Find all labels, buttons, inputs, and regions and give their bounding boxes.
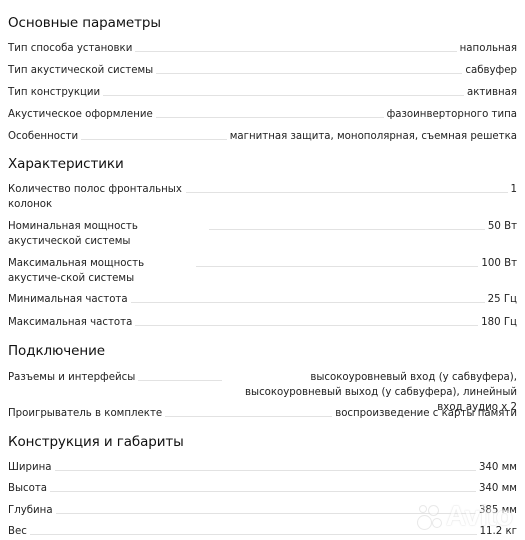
leader-line	[55, 460, 476, 471]
spec-label: Особенности	[8, 129, 78, 144]
section-construction-dimensions: Конструкция и габариты	[8, 433, 517, 451]
spec-value: напольная	[460, 41, 517, 56]
leader-line	[135, 315, 478, 326]
spec-label: Тип конструкции	[8, 85, 100, 100]
spec-label: Проигрыватель в комплекте	[8, 406, 162, 421]
spec-label: Тип способа установки	[8, 41, 132, 56]
spec-label: Максимальная частота	[8, 315, 132, 330]
spec-row-features: Особенности магнитная защита, монополярн…	[8, 129, 517, 144]
spec-row-depth: Глубина 385 мм	[8, 503, 517, 518]
spec-row-band-count: Количество полос фронтальных колонок 1	[8, 182, 517, 212]
spec-row-width: Ширина 340 мм	[8, 460, 517, 475]
spec-value: 340 мм	[479, 481, 517, 496]
spec-value: 11.2 кг	[480, 524, 517, 539]
spec-row-min-frequency: Минимальная частота 25 Гц	[8, 292, 517, 307]
leader-line	[131, 292, 485, 303]
spec-value: 1	[511, 182, 517, 197]
spec-label: Вес	[8, 524, 27, 539]
spec-value: активная	[467, 85, 517, 100]
leader-line	[186, 182, 508, 193]
section-connection: Подключение	[8, 342, 517, 360]
spec-label: Номинальная мощность акустической систем…	[8, 219, 206, 249]
spec-value: 25 Гц	[488, 292, 517, 307]
leader-line	[30, 524, 477, 535]
spec-label: Акустическое оформление	[8, 107, 153, 122]
leader-line	[196, 256, 478, 267]
section-title: Характеристики	[8, 155, 517, 173]
leader-line	[165, 406, 332, 417]
spec-row-acoustic-design: Акустическое оформление фазоинверторного…	[8, 107, 517, 122]
spec-value: магнитная защита, монополярная, съемная …	[230, 129, 517, 144]
spec-label: Максимальная мощность акустиче-ской сист…	[8, 256, 193, 286]
section-title: Основные параметры	[8, 14, 517, 32]
spec-row-construction-type: Тип конструкции активная	[8, 85, 517, 100]
leader-line	[56, 503, 476, 514]
leader-line	[156, 63, 462, 74]
spec-value: 340 мм	[479, 460, 517, 475]
leader-line	[209, 219, 485, 230]
spec-label: Высота	[8, 481, 47, 496]
section-title: Подключение	[8, 342, 517, 360]
spec-row-max-frequency: Максимальная частота 180 Гц	[8, 315, 517, 330]
leader-line	[135, 41, 456, 52]
leader-line	[81, 129, 227, 140]
spec-value: 180 Гц	[481, 315, 517, 330]
spec-value: 100 Вт	[481, 256, 517, 271]
spec-label: Разъемы и интерфейсы	[8, 370, 135, 385]
leader-line	[50, 481, 476, 492]
spec-row-weight: Вес 11.2 кг	[8, 524, 517, 539]
spec-row-speaker-type: Тип акустической системы сабвуфер	[8, 63, 517, 78]
spec-row-player: Проигрыватель в комплекте воспроизведени…	[8, 406, 517, 421]
spec-value: сабвуфер	[465, 63, 517, 78]
spec-label: Ширина	[8, 460, 52, 475]
section-characteristics: Характеристики	[8, 155, 517, 173]
spec-row-max-power: Максимальная мощность акустиче-ской сист…	[8, 256, 517, 286]
leader-line	[138, 370, 222, 381]
spec-row-nominal-power: Номинальная мощность акустической систем…	[8, 219, 517, 249]
section-main-parameters: Основные параметры	[8, 14, 517, 32]
spec-value: 50 Вт	[488, 219, 517, 234]
spec-label: Количество полос фронтальных колонок	[8, 182, 183, 212]
spec-row-install-type: Тип способа установки напольная	[8, 41, 517, 56]
spec-label: Глубина	[8, 503, 53, 518]
spec-row-height: Высота 340 мм	[8, 481, 517, 496]
spec-value: 385 мм	[479, 503, 517, 518]
spec-value: воспроизведение с карты памяти	[335, 406, 517, 421]
spec-label: Тип акустической системы	[8, 63, 153, 78]
leader-line	[156, 107, 384, 118]
leader-line	[103, 85, 464, 96]
section-title: Конструкция и габариты	[8, 433, 517, 451]
spec-value: фазоинверторного типа	[387, 107, 517, 122]
spec-label: Минимальная частота	[8, 292, 128, 307]
